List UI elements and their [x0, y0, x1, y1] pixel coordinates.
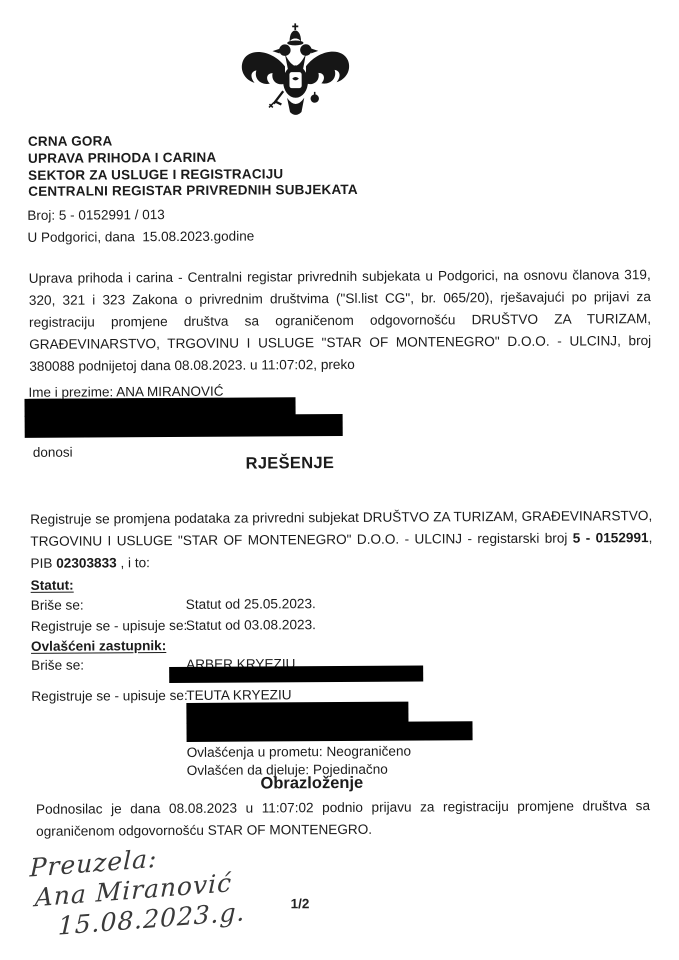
- row-value: TEUTA KRYEZIU: [186, 687, 291, 703]
- redaction-block: [169, 665, 423, 683]
- row-value: Statut od 03.08.2023.: [186, 617, 316, 633]
- registration-paragraph: Registruje se promjena podataka za privr…: [30, 505, 652, 575]
- intro-paragraph: Uprava prihoda i carina - Centralni regi…: [29, 264, 652, 378]
- handwritten-note: Preuzela: Ana Miranović 15.08.2023.g.: [28, 832, 310, 944]
- document-number: Broj: 5 - 0152991 / 013: [27, 207, 164, 223]
- row-value: Statut od 25.05.2023.: [186, 596, 316, 612]
- registration-number: 5 - 0152991: [573, 530, 649, 545]
- authority-scope-line: Ovlašćenja u prometu: Neograničeno: [187, 744, 412, 760]
- explanation-paragraph: Podnosilac je dana 08.08.2023 u 11:07:02…: [36, 795, 650, 843]
- section-heading-zastupnik: Ovlašćeni zastupnik:: [31, 638, 166, 654]
- row-label: Registruje se - upisuje se:: [31, 618, 187, 634]
- montenegro-coat-of-arms-icon: [233, 18, 358, 137]
- row-label: Briše se:: [31, 658, 84, 673]
- letterhead: CRNA GORA UPRAVA PRIHODA I CARINA SEKTOR…: [28, 132, 358, 201]
- redaction-block: [186, 721, 472, 742]
- registration-text: Registruje se promjena podataka za privr…: [30, 508, 652, 549]
- pib-number: 02303833: [56, 555, 117, 570]
- letterhead-registry: CENTRALNI REGISTAR PRIVREDNIH SUBJEKATA: [28, 182, 358, 201]
- donosi-word: donosi: [33, 445, 73, 460]
- registration-text: , i to:: [117, 555, 150, 570]
- redaction-block: [25, 414, 343, 438]
- explanation-title: Obrazloženje: [212, 774, 412, 794]
- row-label: Briše se:: [31, 598, 84, 613]
- row-label: Registruje se - upisuje se:: [31, 688, 187, 704]
- scanned-document-page: CRNA GORA UPRAVA PRIHODA I CARINA SEKTOR…: [0, 0, 679, 960]
- redaction-block: [186, 702, 408, 724]
- section-heading-statut: Statut:: [31, 578, 74, 593]
- letterhead-country: CRNA GORA: [28, 132, 358, 151]
- letterhead-sector: SEKTOR ZA USLUGE I REGISTRACIJU: [28, 165, 358, 184]
- place-and-date: U Podgorici, dana 15.08.2023.godine: [27, 229, 254, 245]
- document-title: RJEŠENJE: [190, 454, 390, 474]
- letterhead-agency: UPRAVA PRIHODA I CARINA: [28, 149, 358, 168]
- page-number: 1/2: [291, 896, 310, 911]
